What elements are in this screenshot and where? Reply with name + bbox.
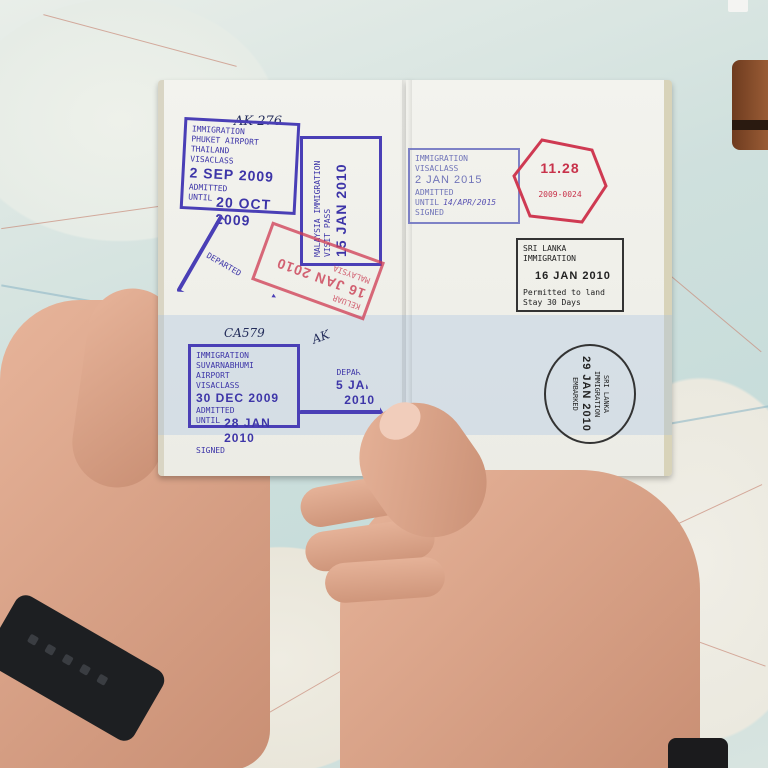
stamp-red-hexagon: 11.28 2009-0024: [512, 136, 608, 226]
stamp-until-date: 14/APR/2015: [443, 198, 496, 208]
leather-wallet: [732, 60, 768, 150]
stamp-date: 16 JAN 2010: [535, 270, 617, 284]
hexagon-outline-icon: [512, 136, 608, 226]
stamp-date: 29 JAN 2010: [579, 355, 593, 433]
stamp-line: VISACLASS: [415, 164, 513, 174]
stamp-line: IMMIGRATION: [415, 154, 513, 164]
stamp-line: Permitted to land: [523, 288, 617, 298]
stamp-line: UNTIL: [196, 416, 220, 446]
stamp-sri-lanka-exit: SRI LANKA IMMIGRATION 29 JAN 2010 EMBARK…: [544, 344, 636, 444]
stamp-line: SUVARNABHUMI AIRPORT: [196, 361, 292, 381]
stamp-line: UNTIL: [187, 192, 213, 228]
stamp-line: Stay 30 Days: [523, 298, 617, 308]
stamp-date: 30 DEC 2009: [196, 391, 292, 406]
dark-sleeve: [668, 738, 728, 768]
stamp-suvarnabhumi: IMMIGRATION SUVARNABHUMI AIRPORT VISACLA…: [188, 344, 300, 428]
stamp-line: SIGNED: [415, 208, 513, 218]
stamp-phuket: IMMIGRATION PHUKET AIRPORT THAILAND VISA…: [180, 117, 301, 215]
stamp-line: ADMITTED: [415, 188, 513, 198]
corner-object: [728, 0, 748, 12]
stamp-until-date: 28 JAN 2010: [224, 416, 292, 446]
map-road: [43, 14, 236, 67]
handwritten-note: CA579: [224, 326, 265, 340]
stamp-date: 15 JAN 2010: [333, 147, 351, 257]
stamp-sri-lanka-entry: SRI LANKA IMMIGRATION 16 JAN 2010 Permit…: [516, 238, 624, 312]
right-finger: [324, 556, 446, 604]
stamp-date: 2 JAN 2015: [415, 174, 513, 188]
stamp-line: VISACLASS: [196, 381, 292, 391]
stamp-line: ADMITTED: [196, 406, 292, 416]
stamp-line: EMBARKED: [570, 355, 579, 433]
stamp-line: UNTIL: [415, 198, 439, 208]
stamp-line: SIGNED: [196, 446, 292, 456]
stamp-line: SRI LANKA IMMIGRATION: [593, 355, 611, 433]
stamp-visa-2015: IMMIGRATION VISACLASS 2 JAN 2015 ADMITTE…: [408, 148, 520, 224]
stamp-line: IMMIGRATION: [196, 351, 292, 361]
stamp-line: SRI LANKA IMMIGRATION: [523, 244, 617, 264]
